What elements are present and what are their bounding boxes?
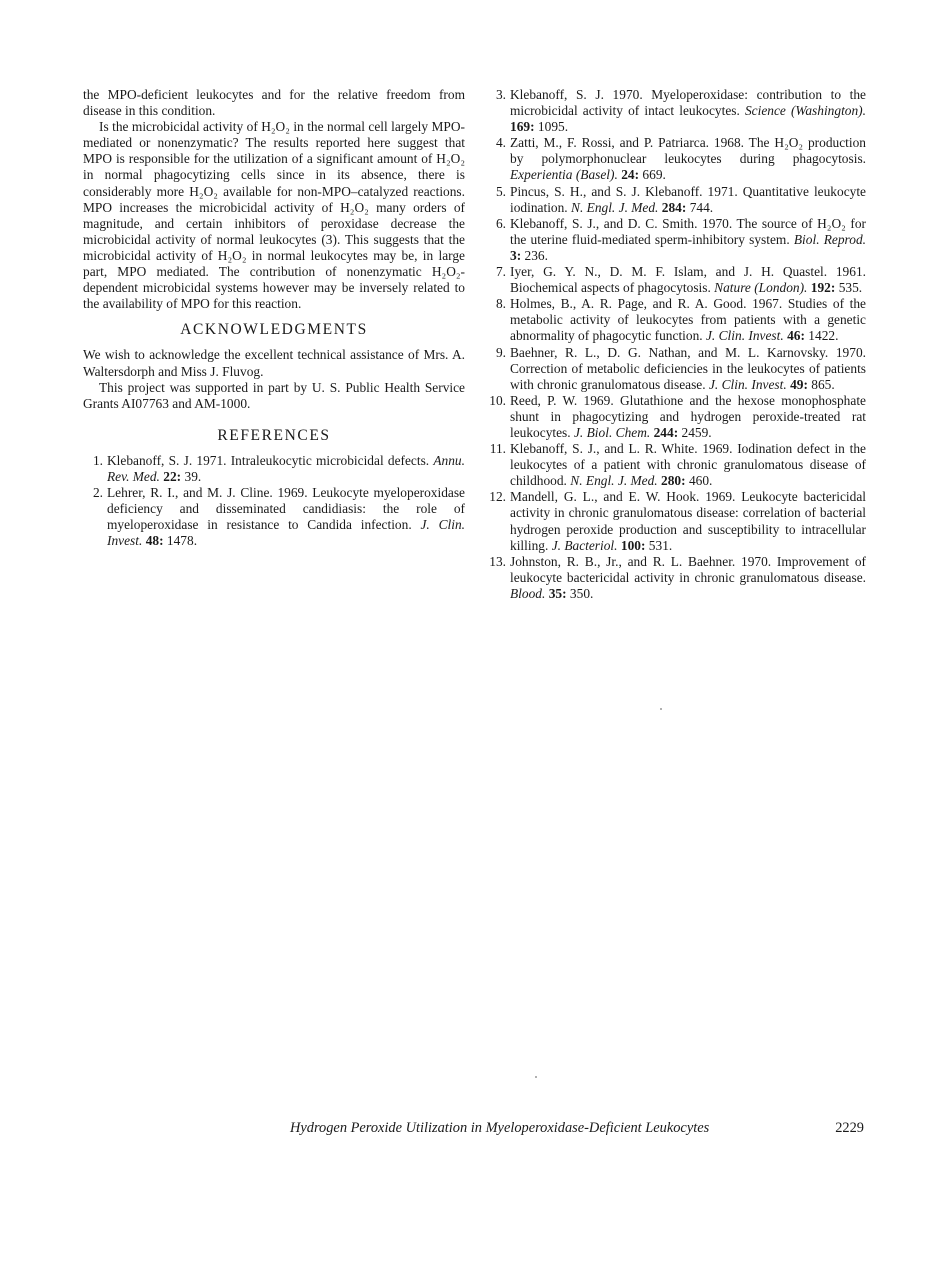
reference-number: 9.: [484, 345, 510, 393]
reference-number: 10.: [484, 393, 510, 441]
reference-body: Iyer, G. Y. N., D. M. F. Islam, and J. H…: [510, 264, 866, 296]
reference-number: 6.: [484, 216, 510, 264]
reference-item: 10. Reed, P. W. 1969. Glutathione and th…: [484, 393, 866, 441]
volume: 169: [510, 119, 530, 134]
journal-name: Biol. Reprod.: [794, 232, 866, 247]
reference-body: Klebanoff, S. J. 1970. Myeloperoxidase: …: [510, 87, 866, 135]
reference-item: 4. Zatti, M., F. Rossi, and P. Patriarca…: [484, 135, 866, 183]
reference-item: 1. Klebanoff, S. J. 1971. Intraleukocyti…: [83, 453, 465, 485]
journal-name: Nature (London).: [714, 280, 807, 295]
volume: 3: [510, 248, 517, 263]
reference-body: Klebanoff, S. J. 1971. Intraleukocytic m…: [107, 453, 465, 485]
reference-number: 3.: [484, 87, 510, 135]
reference-item: 3. Klebanoff, S. J. 1970. Myeloperoxidas…: [484, 87, 866, 135]
reference-item: 2. Lehrer, R. I., and M. J. Cline. 1969.…: [83, 485, 465, 549]
reference-body: Reed, P. W. 1969. Glutathione and the he…: [510, 393, 866, 441]
acknowledgment-paragraph: We wish to acknowledge the excellent tec…: [83, 347, 465, 379]
reference-number: 2.: [83, 485, 107, 549]
pages: 350.: [570, 586, 593, 601]
reference-item: 13. Johnston, R. B., Jr., and R. L. Baeh…: [484, 554, 866, 602]
volume: 35: [549, 586, 562, 601]
pages: 2459.: [682, 425, 712, 440]
journal-name: J. Clin. Invest.: [709, 377, 787, 392]
running-title: Hydrogen Peroxide Utilization in Myelope…: [290, 1120, 709, 1137]
volume: 192: [811, 280, 831, 295]
journal-name: J. Clin. Invest.: [706, 328, 784, 343]
reference-number: 12.: [484, 489, 510, 553]
left-column: the MPO-deficient leukocytes and for the…: [83, 87, 465, 549]
pages: 865.: [811, 377, 834, 392]
reference-body: Johnston, R. B., Jr., and R. L. Baehner.…: [510, 554, 866, 602]
page-footer: Hydrogen Peroxide Utilization in Myelope…: [290, 1120, 864, 1137]
journal-name: Experientia (Basel).: [510, 167, 618, 182]
volume: 244: [654, 425, 674, 440]
journal-name: J. Biol. Chem.: [574, 425, 650, 440]
reference-body: Mandell, G. L., and E. W. Hook. 1969. Le…: [510, 489, 866, 553]
volume: 49: [790, 377, 803, 392]
reference-item: 9. Baehner, R. L., D. G. Nathan, and M. …: [484, 345, 866, 393]
pages: 535.: [839, 280, 862, 295]
volume: 24: [621, 167, 634, 182]
reference-body: Lehrer, R. I., and M. J. Cline. 1969. Le…: [107, 485, 465, 549]
acknowledgments-heading: ACKNOWLEDGMENTS: [83, 322, 465, 338]
scan-speck: [535, 1076, 537, 1078]
volume: 22: [163, 469, 176, 484]
reference-number: 7.: [484, 264, 510, 296]
volume: 284: [662, 200, 682, 215]
pages: 236.: [525, 248, 548, 263]
pages: 744.: [690, 200, 713, 215]
journal-name: Blood.: [510, 586, 545, 601]
page-number: 2229: [835, 1120, 864, 1137]
reference-number: 5.: [484, 184, 510, 216]
body-paragraph: Is the microbicidal activity of H₂O₂ in …: [83, 119, 465, 312]
pages: 1478.: [167, 533, 197, 548]
reference-item: 12. Mandell, G. L., and E. W. Hook. 1969…: [484, 489, 866, 553]
body-paragraph: the MPO-deficient leukocytes and for the…: [83, 87, 465, 119]
volume: 46: [787, 328, 800, 343]
journal-name: N. Engl. J. Med.: [571, 200, 658, 215]
reference-body: Baehner, R. L., D. G. Nathan, and M. L. …: [510, 345, 866, 393]
reference-body: Holmes, B., A. R. Page, and R. A. Good. …: [510, 296, 866, 344]
reference-item: 5. Pincus, S. H., and S. J. Klebanoff. 1…: [484, 184, 866, 216]
reference-number: 4.: [484, 135, 510, 183]
pages: 1422.: [808, 328, 838, 343]
reference-body: Klebanoff, S. J., and D. C. Smith. 1970.…: [510, 216, 866, 264]
volume: 48: [146, 533, 159, 548]
funding-paragraph: This project was supported in part by U.…: [83, 380, 465, 412]
reference-item: 8. Holmes, B., A. R. Page, and R. A. Goo…: [484, 296, 866, 344]
reference-number: 11.: [484, 441, 510, 489]
volume: 280: [661, 473, 681, 488]
reference-item: 11. Klebanoff, S. J., and L. R. White. 1…: [484, 441, 866, 489]
scan-speck: [660, 708, 662, 710]
journal-name: J. Bacteriol.: [552, 538, 618, 553]
reference-item: 6. Klebanoff, S. J., and D. C. Smith. 19…: [484, 216, 866, 264]
pages: 39.: [185, 469, 202, 484]
reference-list-right: 3. Klebanoff, S. J. 1970. Myeloperoxidas…: [484, 87, 866, 602]
pages: 460.: [689, 473, 712, 488]
reference-number: 1.: [83, 453, 107, 485]
right-column: 3. Klebanoff, S. J. 1970. Myeloperoxidas…: [484, 87, 866, 602]
reference-body: Klebanoff, S. J., and L. R. White. 1969.…: [510, 441, 866, 489]
pages: 531.: [649, 538, 672, 553]
pages: 669.: [642, 167, 665, 182]
reference-list-left: 1. Klebanoff, S. J. 1971. Intraleukocyti…: [83, 453, 465, 550]
reference-body: Pincus, S. H., and S. J. Klebanoff. 1971…: [510, 184, 866, 216]
references-heading: REFERENCES: [83, 428, 465, 444]
journal-name: Science (Washington).: [745, 103, 866, 118]
reference-number: 8.: [484, 296, 510, 344]
reference-number: 13.: [484, 554, 510, 602]
reference-body: Zatti, M., F. Rossi, and P. Patriarca. 1…: [510, 135, 866, 183]
journal-name: N. Engl. J. Med.: [570, 473, 657, 488]
pages: 1095.: [538, 119, 568, 134]
volume: 100: [621, 538, 641, 553]
reference-item: 7. Iyer, G. Y. N., D. M. F. Islam, and J…: [484, 264, 866, 296]
